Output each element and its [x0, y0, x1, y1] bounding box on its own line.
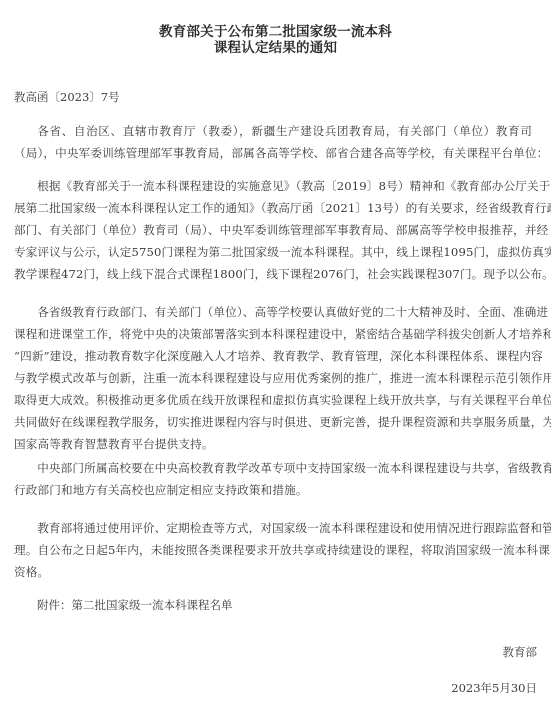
document-title: 教育部关于公布第二批国家级一流本科 课程认定结果的通知 — [0, 24, 551, 56]
paragraph-line: 展第二批国家级一流本科课程认定工作的通知》（教高厅函〔2021〕13号）的有关要… — [14, 197, 532, 219]
paragraph-line: 各省级教育行政部门、有关部门（单位）、高等学校要认真做好党的二十大精神及时、全面… — [14, 301, 532, 323]
paragraph-line: 中央部门所属高校要在中央高校教育教学改革专项中支持国家级一流本科课程建设与共享，… — [14, 457, 532, 479]
issuing-authority: 教育部 — [503, 644, 538, 660]
paragraph-line: 课程和进课堂工作，将党中央的决策部署落实到本科课程建设中，紧密结合基础学科拔尖创… — [14, 323, 532, 345]
paragraph-line: 教育部将通过使用评价、定期检查等方式，对国家级一流本科课程建设和使用情况进行跟踪… — [14, 517, 532, 539]
paragraph-line: 国家高等教育智慧教育平台提供支持。 — [14, 433, 532, 455]
paragraph-line: 专家评议与公示，认定5750门课程为第二批国家级一流本科课程。其中，线上课程10… — [14, 241, 532, 263]
paragraph-line: 取得更大成效。积极推动更多优质在线开放课程和虚拟仿真实验课程上线开放共享，与有关… — [14, 389, 532, 411]
paragraph-line: （局），中央军委训练管理部军事教育局，部属各高等学校、部省合建各高等学校，有关课… — [14, 142, 532, 164]
notice-document: 教育部关于公布第二批国家级一流本科 课程认定结果的通知 教高函〔2023〕7号 … — [0, 0, 551, 705]
paragraph-line: 共同做好在线课程教学服务，切实推进课程内容与时俱进、更新完善，提升课程资源和共享… — [14, 411, 532, 433]
supervision-paragraph: 教育部将通过使用评价、定期检查等方式，对国家级一流本科课程建设和使用情况进行跟踪… — [14, 517, 532, 583]
addressee-paragraph: 各省、自治区、直辖市教育厅（教委），新疆生产建设兵团教育局，有关部门（单位）教育… — [14, 120, 532, 164]
paragraph-line: 教学课程472门，线上线下混合式课程1800门，线下课程2076门，社会实践课程… — [14, 263, 532, 285]
title-line-1: 教育部关于公布第二批国家级一流本科 — [0, 24, 551, 40]
issue-date: 2023年5月30日 — [451, 680, 537, 696]
requirements-paragraph: 各省级教育行政部门、有关部门（单位）、高等学校要认真做好党的二十大精神及时、全面… — [14, 301, 532, 455]
central-universities-paragraph: 中央部门所属高校要在中央高校教育教学改革专项中支持国家级一流本科课程建设与共享，… — [14, 457, 532, 501]
document-number: 教高函〔2023〕7号 — [14, 89, 120, 105]
paragraph-line: 部门、有关部门（单位）教育司（局）、中央军委训练管理部军事教育局、部属高等学校申… — [14, 219, 532, 241]
paragraph-line: 资格。 — [14, 561, 532, 583]
attachment-link[interactable]: 附件：第二批国家级一流本科课程名单 — [37, 597, 233, 613]
paragraph-line: 根据《教育部关于一流本科课程建设的实施意见》（教高〔2019〕8号）精神和《教育… — [14, 175, 532, 197]
title-line-2: 课程认定结果的通知 — [0, 40, 551, 56]
paragraph-line: 各省、自治区、直辖市教育厅（教委），新疆生产建设兵团教育局，有关部门（单位）教育… — [14, 120, 532, 142]
basis-paragraph: 根据《教育部关于一流本科课程建设的实施意见》（教高〔2019〕8号）精神和《教育… — [14, 175, 532, 285]
paragraph-line: 行政部门和地方有关高校也应制定相应支持政策和措施。 — [14, 479, 532, 501]
paragraph-line: 理。自公布之日起5年内，未能按照各类课程要求开放共享或持续建设的课程，将取消国家… — [14, 539, 532, 561]
paragraph-line: 与教学模式改革与创新，注重一流本科课程建设与应用优秀案例的推广，推进一流本科课程… — [14, 367, 532, 389]
paragraph-line: “四新”建设，推动教育数字化深度融入人才培养、教育教学、教育管理，深化本科课程体… — [14, 345, 532, 367]
